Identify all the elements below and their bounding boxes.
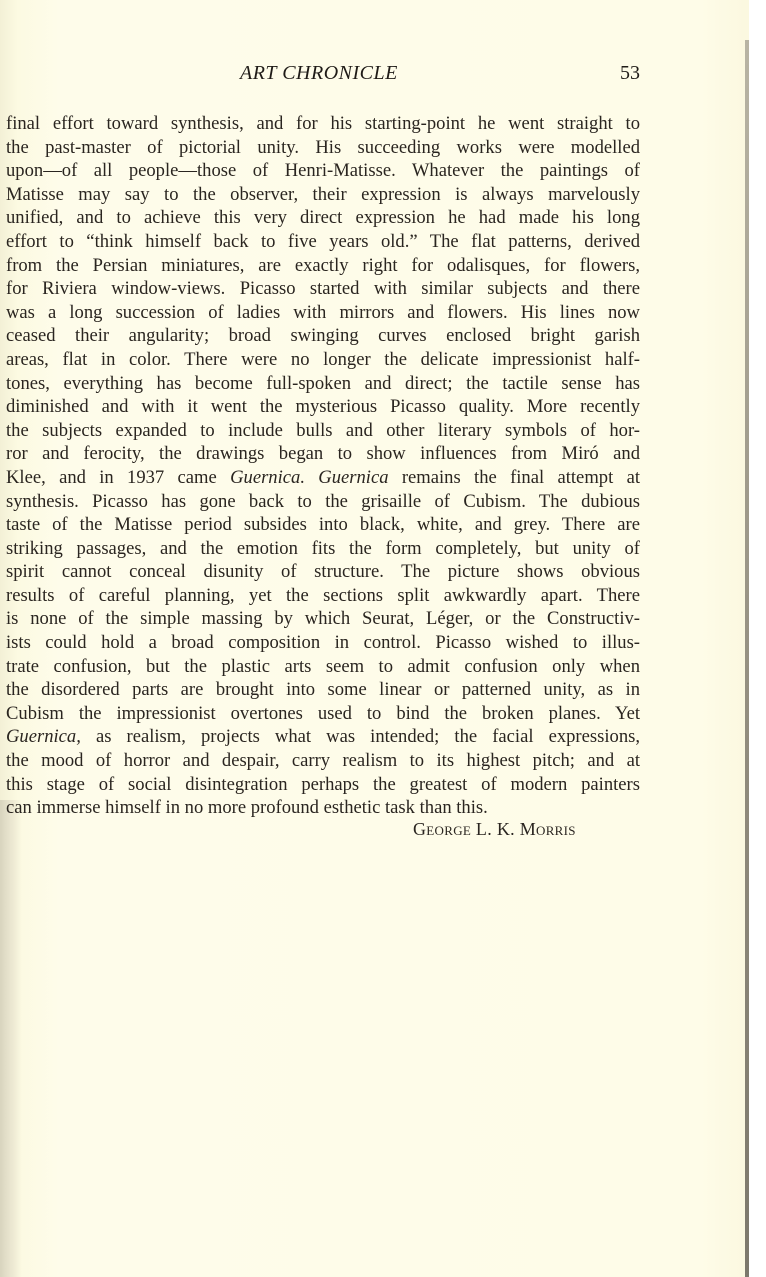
text-line: effort to “think himself back to five ye… — [6, 230, 640, 254]
running-head: ART CHRONICLE 53 — [0, 62, 640, 88]
text-run — [305, 467, 318, 488]
text-line: trate confusion, but the plastic arts se… — [6, 655, 640, 679]
scan-margin — [749, 0, 766, 1277]
text-run: remains the final attempt at — [389, 467, 640, 488]
text-line: final effort toward synthesis, and for h… — [6, 112, 640, 136]
text-line-with-italics: Guernica, as realism, projects what was … — [6, 725, 640, 749]
italic-title: Guernica — [318, 467, 388, 488]
text-line: spirit cannot conceal disunity of struct… — [6, 560, 640, 584]
text-line: diminished and with it went the mysterio… — [6, 395, 640, 419]
italic-title: Guernica. — [230, 467, 305, 488]
text-line: ceased their angularity; broad swinging … — [6, 324, 640, 348]
text-line: ror and ferocity, the drawings began to … — [6, 442, 640, 466]
text-run: as realism, projects what was intended; … — [81, 726, 640, 747]
text-line: taste of the Matisse period subsides int… — [6, 513, 640, 537]
text-line: unified, and to achieve this very direct… — [6, 206, 640, 230]
italic-title: Guernica, — [6, 726, 81, 747]
text-line: Matisse may say to the observer, their e… — [6, 183, 640, 207]
running-title: ART CHRONICLE — [240, 62, 398, 85]
text-line: synthesis. Picasso has gone back to the … — [6, 490, 640, 514]
text-line: this stage of social disintegration perh… — [6, 773, 640, 797]
text-line: ists could hold a broad composition in c… — [6, 631, 640, 655]
text-line: the past-master of pictorial unity. His … — [6, 136, 640, 160]
text-line: results of careful planning, yet the sec… — [6, 584, 640, 608]
text-line: from the Persian miniatures, are exactly… — [6, 254, 640, 278]
text-line: was a long succession of ladies with mir… — [6, 301, 640, 325]
book-page: ART CHRONICLE 53 final effort toward syn… — [0, 0, 750, 1277]
text-line: can immerse himself in no more profound … — [6, 796, 640, 820]
text-line: striking passages, and the emotion fits … — [6, 537, 640, 561]
text-line: the mood of horror and despair, carry re… — [6, 749, 640, 773]
text-line-with-italics: Klee, and in 1937 came Guernica. Guernic… — [6, 466, 640, 490]
gutter-shadow — [0, 800, 22, 1277]
text-line: tones, everything has become full-spoken… — [6, 372, 640, 396]
author-signature: George L. K. Morris — [413, 819, 576, 840]
text-line: the subjects expanded to include bulls a… — [6, 419, 640, 443]
text-line: for Riviera window-views. Picasso starte… — [6, 277, 640, 301]
text-run: Klee, and in 1937 came — [6, 467, 230, 488]
page-number: 53 — [620, 62, 640, 85]
text-line: areas, flat in color. There were no long… — [6, 348, 640, 372]
text-line: upon—of all people—those of Henri-Matiss… — [6, 159, 640, 183]
text-line: the disordered parts are brought into so… — [6, 678, 640, 702]
text-line: is none of the simple massing by which S… — [6, 607, 640, 631]
text-line: Cubism the impressionist overtones used … — [6, 702, 640, 726]
article-body: final effort toward synthesis, and for h… — [6, 112, 640, 820]
